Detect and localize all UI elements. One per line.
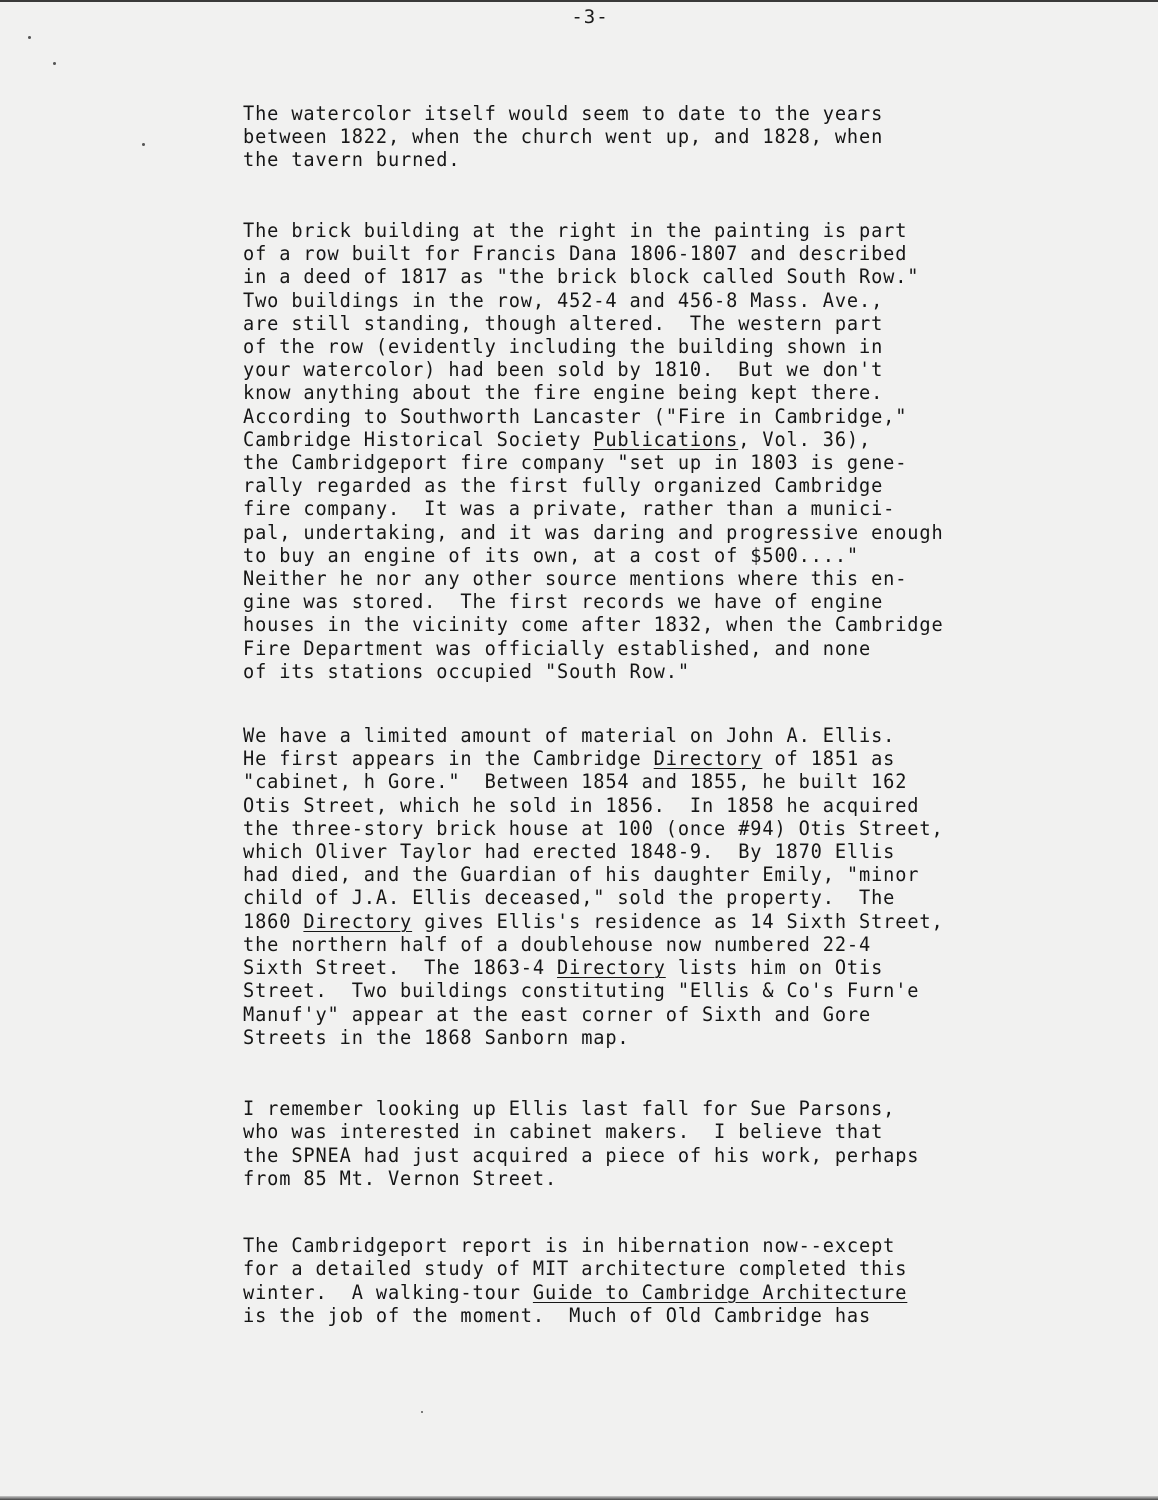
document-page: -3- The watercolor itself would seem to … [0, 0, 1158, 1500]
text-line: know anything about the fire engine bein… [243, 381, 1077, 404]
text-run: Street. Two buildings constituting "Elli… [243, 979, 919, 1002]
text-run: your watercolor) had been sold by 1810. … [243, 358, 883, 381]
text-line: the three-story brick house at 100 (once… [243, 817, 1077, 840]
underlined-title: Directory [654, 747, 763, 770]
text-run: I remember looking up Ellis last fall fo… [243, 1097, 895, 1120]
text-line: Manuf'y" appear at the east corner of Si… [243, 1003, 1077, 1026]
text-run: of the row (evidently including the buil… [243, 335, 883, 358]
text-line: between 1822, when the church went up, a… [243, 125, 1077, 148]
paragraph-gap [243, 683, 1077, 724]
paper-speck [53, 62, 56, 65]
text-line: is the job of the moment. Much of Old Ca… [243, 1304, 1077, 1327]
text-run: of 1851 as [762, 747, 895, 770]
text-run: We have a limited amount of material on … [243, 724, 895, 747]
text-line: in a deed of 1817 as "the brick block ca… [243, 265, 1077, 288]
text-line: child of J.A. Ellis deceased," sold the … [243, 886, 1077, 909]
text-run: the three-story brick house at 100 (once… [243, 817, 944, 840]
paragraph: The brick building at the right in the p… [243, 219, 1077, 683]
text-run: The watercolor itself would seem to date… [243, 102, 883, 125]
text-line: of the row (evidently including the buil… [243, 335, 1077, 358]
text-run: of a row built for Francis Dana 1806-180… [243, 242, 907, 265]
paragraph-gap [243, 1049, 1077, 1097]
text-line: Street. Two buildings constituting "Elli… [243, 979, 1077, 1002]
text-line: Sixth Street. The 1863-4 Directory lists… [243, 956, 1077, 979]
paragraph: The watercolor itself would seem to date… [243, 102, 1077, 172]
text-run: are still standing, though altered. The … [243, 312, 883, 335]
paragraph: The Cambridgeport report is in hibernati… [243, 1234, 1077, 1327]
text-run: of its stations occupied "South Row." [243, 660, 690, 683]
text-line: The watercolor itself would seem to date… [243, 102, 1077, 125]
underlined-title: Directory [303, 910, 412, 933]
text-line: had died, and the Guardian of his daught… [243, 863, 1077, 886]
text-run: from 85 Mt. Vernon Street. [243, 1167, 557, 1190]
text-run: the northern half of a doublehouse now n… [243, 933, 871, 956]
text-line: the tavern burned. [243, 148, 1077, 171]
text-line: rally regarded as the first fully organi… [243, 474, 1077, 497]
text-line: "cabinet, h Gore." Between 1854 and 1855… [243, 770, 1077, 793]
paragraph-gap [243, 1190, 1077, 1234]
text-line: winter. A walking-tour Guide to Cambridg… [243, 1281, 1077, 1304]
text-run: He first appears in the Cambridge [243, 747, 654, 770]
text-line: Two buildings in the row, 452-4 and 456-… [243, 289, 1077, 312]
text-run: the Cambridgeport fire company "set up i… [243, 451, 907, 474]
text-run: fire company. It was a private, rather t… [243, 497, 895, 520]
text-line: gine was stored. The first records we ha… [243, 590, 1077, 613]
text-run: pal, undertaking, and it was daring and … [243, 521, 944, 544]
text-run: for a detailed study of MIT architecture… [243, 1257, 907, 1280]
text-run: , Vol. 36), [738, 428, 871, 451]
text-line: He first appears in the Cambridge Direct… [243, 747, 1077, 770]
text-line: Streets in the 1868 Sanborn map. [243, 1026, 1077, 1049]
text-line: from 85 Mt. Vernon Street. [243, 1167, 1077, 1190]
underlined-title: Publications [593, 428, 738, 451]
text-run: is the job of the moment. Much of Old Ca… [243, 1304, 871, 1327]
paper-speck [421, 1411, 423, 1413]
text-line: fire company. It was a private, rather t… [243, 497, 1077, 520]
text-run: winter. A walking-tour [243, 1281, 533, 1304]
text-run: Neither he nor any other source mentions… [243, 567, 907, 590]
text-line: pal, undertaking, and it was daring and … [243, 521, 1077, 544]
text-line: of its stations occupied "South Row." [243, 660, 1077, 683]
text-line: We have a limited amount of material on … [243, 724, 1077, 747]
text-run: lists him on Otis [666, 956, 883, 979]
letter-body: The watercolor itself would seem to date… [243, 102, 1077, 1327]
text-line: for a detailed study of MIT architecture… [243, 1257, 1077, 1280]
text-line: Cambridge Historical Society Publication… [243, 428, 1077, 451]
text-run: Manuf'y" appear at the east corner of Si… [243, 1003, 871, 1026]
text-line: which Oliver Taylor had erected 1848-9. … [243, 840, 1077, 863]
text-run: the tavern burned. [243, 148, 460, 171]
underlined-title: Directory [557, 956, 666, 979]
text-run: Streets in the 1868 Sanborn map. [243, 1026, 630, 1049]
text-run: 1860 [243, 910, 303, 933]
paper-speck [28, 36, 31, 39]
text-run: who was interested in cabinet makers. I … [243, 1120, 883, 1143]
text-run: Fire Department was officially establish… [243, 637, 871, 660]
text-line: the Cambridgeport fire company "set up i… [243, 451, 1077, 474]
text-line: your watercolor) had been sold by 1810. … [243, 358, 1077, 381]
underlined-title: Guide to Cambridge Architecture [533, 1281, 907, 1304]
text-line: Fire Department was officially establish… [243, 637, 1077, 660]
text-line: of a row built for Francis Dana 1806-180… [243, 242, 1077, 265]
text-run: The Cambridgeport report is in hibernati… [243, 1234, 895, 1257]
text-run: gine was stored. The first records we ha… [243, 590, 883, 613]
text-run: child of J.A. Ellis deceased," sold the … [243, 886, 895, 909]
text-run: houses in the vicinity come after 1832, … [243, 613, 944, 636]
text-line: are still standing, though altered. The … [243, 312, 1077, 335]
paper-speck [142, 143, 145, 146]
text-line: Neither he nor any other source mentions… [243, 567, 1077, 590]
text-line: the SPNEA had just acquired a piece of h… [243, 1144, 1077, 1167]
text-run: Otis Street, which he sold in 1856. In 1… [243, 794, 919, 817]
text-run: in a deed of 1817 as "the brick block ca… [243, 265, 919, 288]
text-line: the northern half of a doublehouse now n… [243, 933, 1077, 956]
paragraph: I remember looking up Ellis last fall fo… [243, 1097, 1077, 1190]
text-run: which Oliver Taylor had erected 1848-9. … [243, 840, 895, 863]
text-run: Sixth Street. The 1863-4 [243, 956, 557, 979]
text-run: know anything about the fire engine bein… [243, 381, 883, 404]
text-line: The Cambridgeport report is in hibernati… [243, 1234, 1077, 1257]
paragraph: We have a limited amount of material on … [243, 724, 1077, 1049]
text-run: between 1822, when the church went up, a… [243, 125, 883, 148]
text-line: houses in the vicinity come after 1832, … [243, 613, 1077, 636]
text-run: rally regarded as the first fully organi… [243, 474, 883, 497]
text-run: had died, and the Guardian of his daught… [243, 863, 919, 886]
text-line: According to Southworth Lancaster ("Fire… [243, 405, 1077, 428]
text-run: According to Southworth Lancaster ("Fire… [243, 405, 907, 428]
text-run: Two buildings in the row, 452-4 and 456-… [243, 289, 883, 312]
paragraph-gap [243, 172, 1077, 219]
text-run: The brick building at the right in the p… [243, 219, 907, 242]
text-run: to buy an engine of its own, at a cost o… [243, 544, 859, 567]
text-line: who was interested in cabinet makers. I … [243, 1120, 1077, 1143]
text-line: The brick building at the right in the p… [243, 219, 1077, 242]
text-line: to buy an engine of its own, at a cost o… [243, 544, 1077, 567]
text-run: Cambridge Historical Society [243, 428, 593, 451]
text-line: 1860 Directory gives Ellis's residence a… [243, 910, 1077, 933]
text-run: "cabinet, h Gore." Between 1854 and 1855… [243, 770, 907, 793]
page-number: -3- [0, 6, 1158, 28]
text-line: Otis Street, which he sold in 1856. In 1… [243, 794, 1077, 817]
text-run: gives Ellis's residence as 14 Sixth Stre… [412, 910, 943, 933]
text-line: I remember looking up Ellis last fall fo… [243, 1097, 1077, 1120]
text-run: the SPNEA had just acquired a piece of h… [243, 1144, 919, 1167]
